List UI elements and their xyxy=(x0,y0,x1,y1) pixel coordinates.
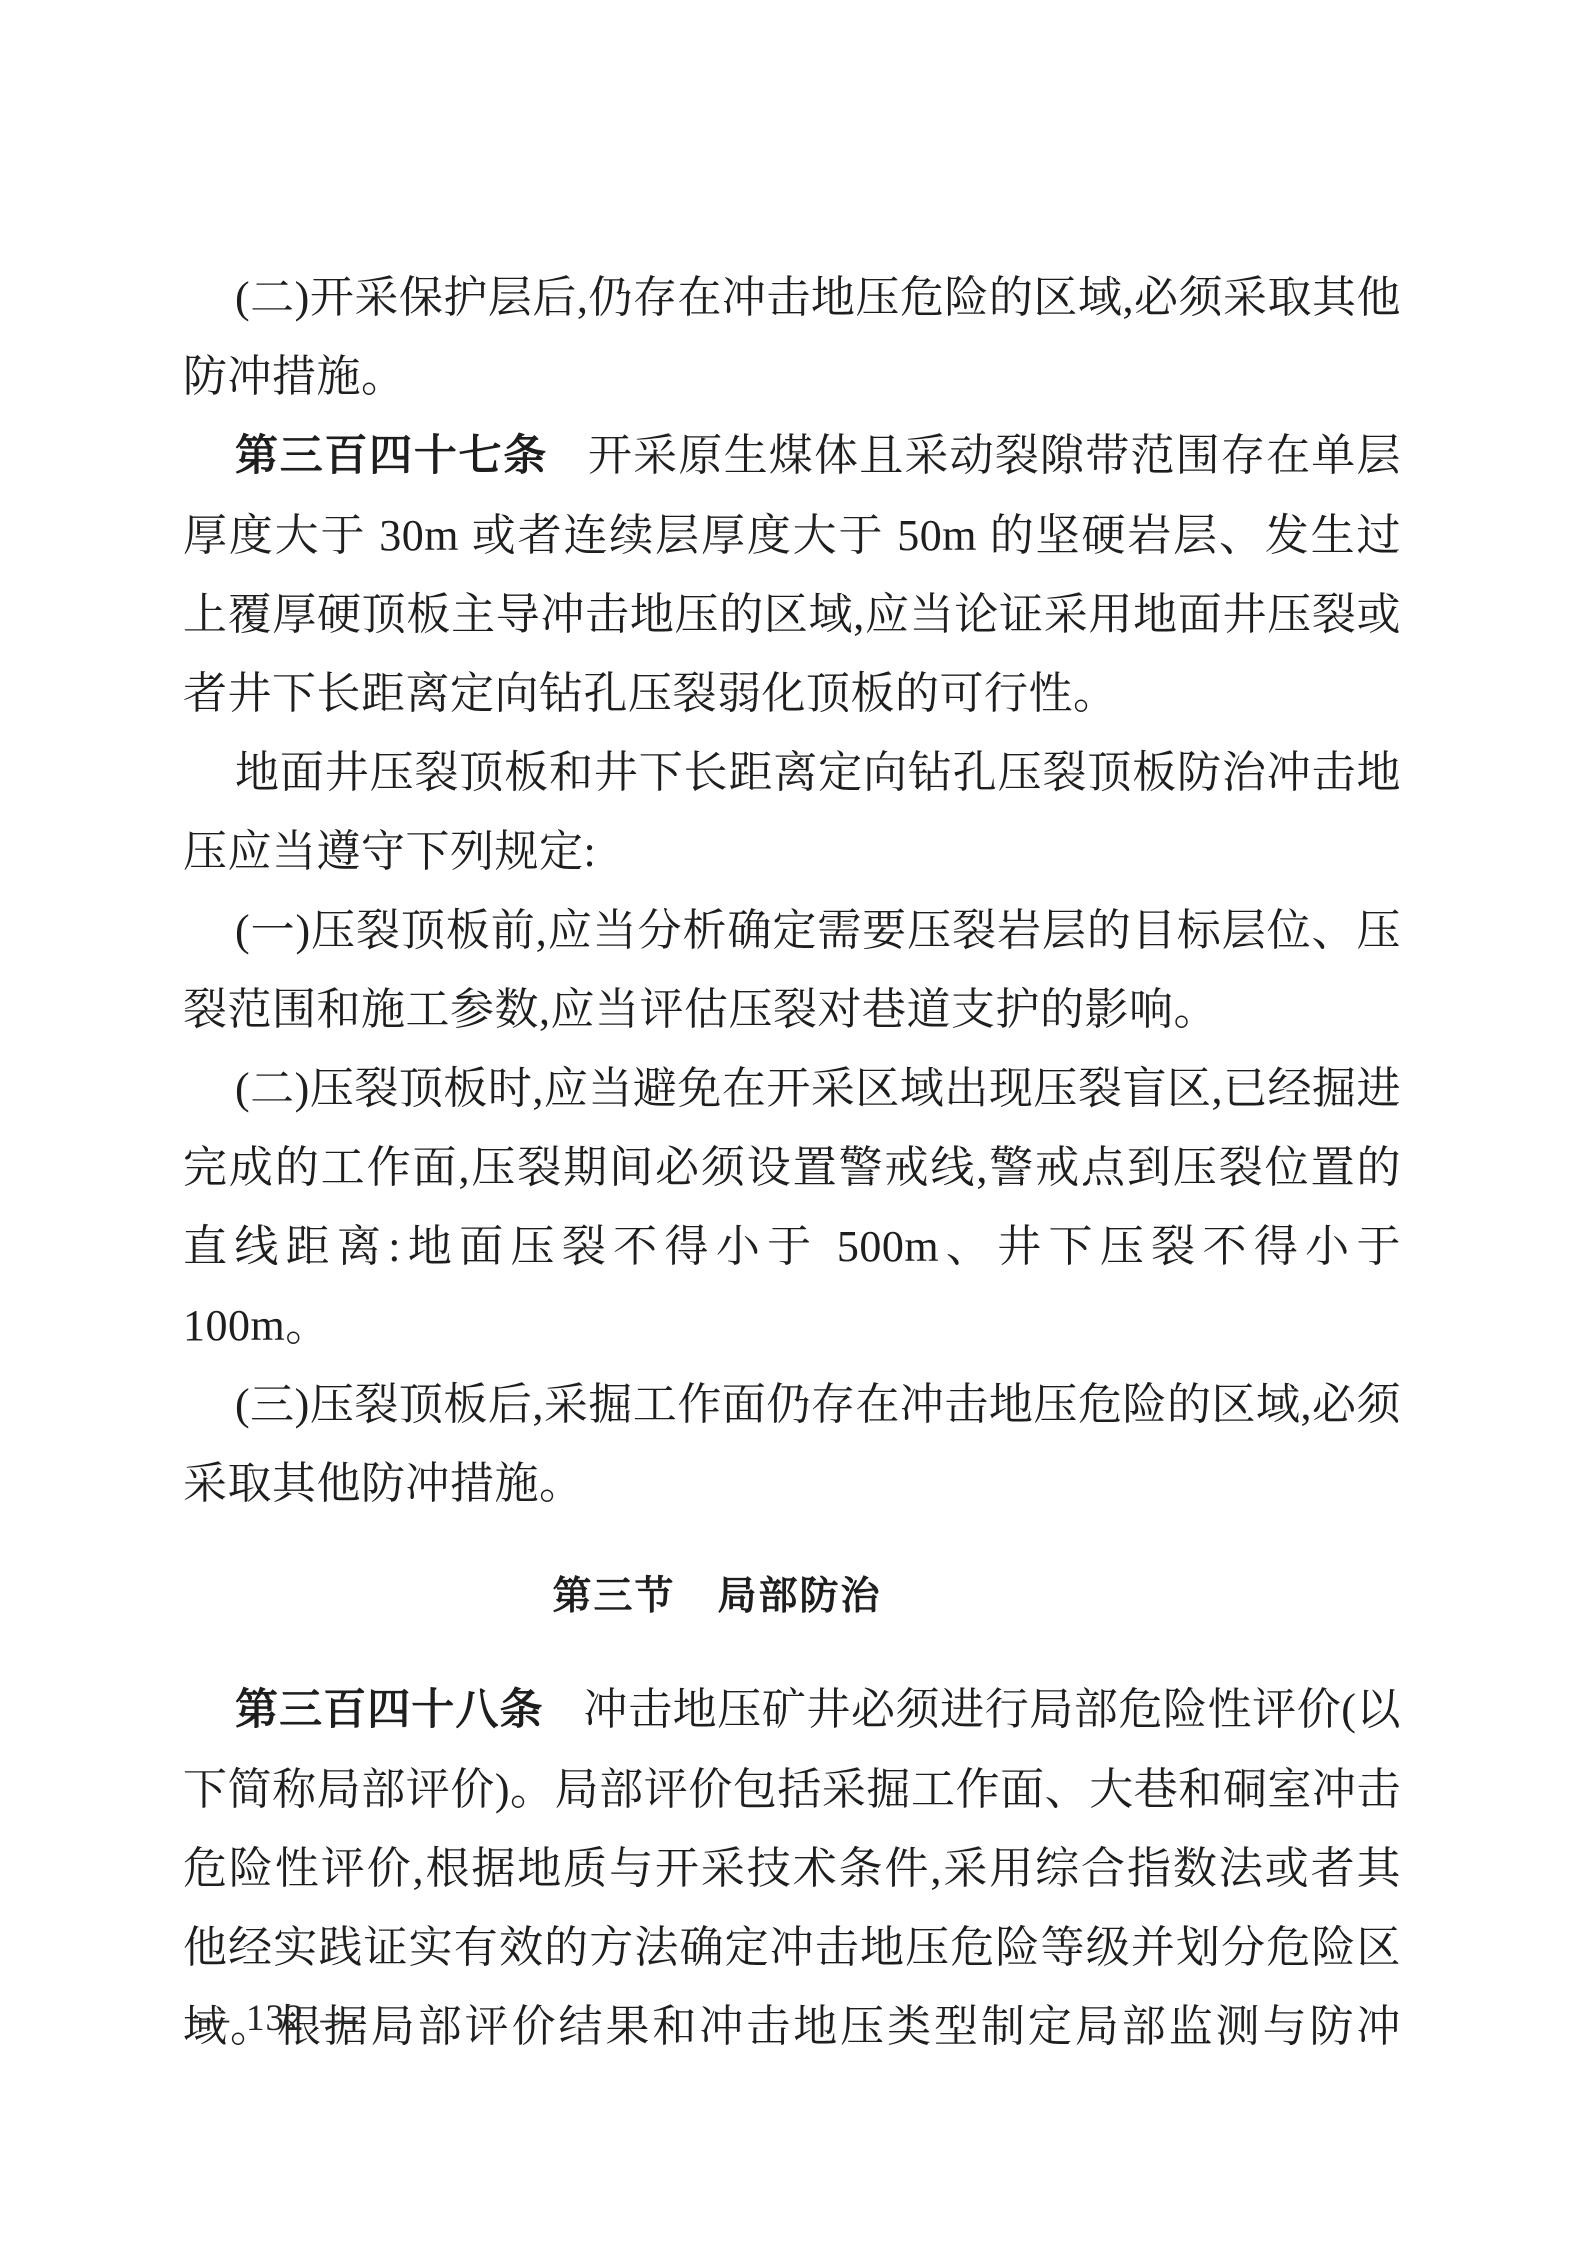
page-number: 132 xyxy=(246,1998,305,2039)
article-348-text: 冲击地压矿井必须进行局部危险性评价(以下简称局部评价)。局部评价包括采掘工作面、… xyxy=(183,1685,1401,2051)
rule-item-3-paragraph: (三)压裂顶板后,采掘工作面仍存在冲击地压危险的区域,必须采取其他防冲措施。 xyxy=(183,1365,1401,1523)
rule-item-1-paragraph: (一)压裂顶板前,应当分析确定需要压裂岩层的目标层位、压裂范围和施工参数,应当评… xyxy=(183,891,1401,1049)
paragraph-item-2-prev-article: (二)开采保护层后,仍存在冲击地压危险的区域,必须采取其他防冲措施。 xyxy=(183,258,1401,416)
section-number: 第三节 xyxy=(552,1575,675,1618)
page-content: (二)开采保护层后,仍存在冲击地压危险的区域,必须采取其他防冲措施。 第三百四十… xyxy=(183,258,1401,2066)
article-348-number: 第三百四十八条 xyxy=(235,1686,544,1734)
section-title: 局部防治 xyxy=(718,1575,882,1618)
footer-dash-right: — xyxy=(321,1998,359,2039)
article-347-number: 第三百四十七条 xyxy=(235,432,548,480)
section-heading: 第三节局部防治 xyxy=(183,1557,1401,1636)
page-footer: —132— xyxy=(192,1997,359,2040)
document-page: (二)开采保护层后,仍存在冲击地压危险的区域,必须采取其他防冲措施。 第三百四十… xyxy=(0,0,1587,2245)
article-348-paragraph: 第三百四十八条冲击地压矿井必须进行局部危险性评价(以下简称局部评价)。局部评价包… xyxy=(183,1670,1401,2066)
footer-dash-left: — xyxy=(192,1998,230,2039)
fracturing-rules-intro-paragraph: 地面井压裂顶板和井下长距离定向钻孔压裂顶板防治冲击地压应当遵守下列规定: xyxy=(183,733,1401,891)
article-347-paragraph: 第三百四十七条开采原生煤体且采动裂隙带范围存在单层厚度大于 30m 或者连续层厚… xyxy=(183,416,1401,733)
rule-item-2-paragraph: (二)压裂顶板时,应当避免在开采区域出现压裂盲区,已经掘进完成的工作面,压裂期间… xyxy=(183,1049,1401,1365)
